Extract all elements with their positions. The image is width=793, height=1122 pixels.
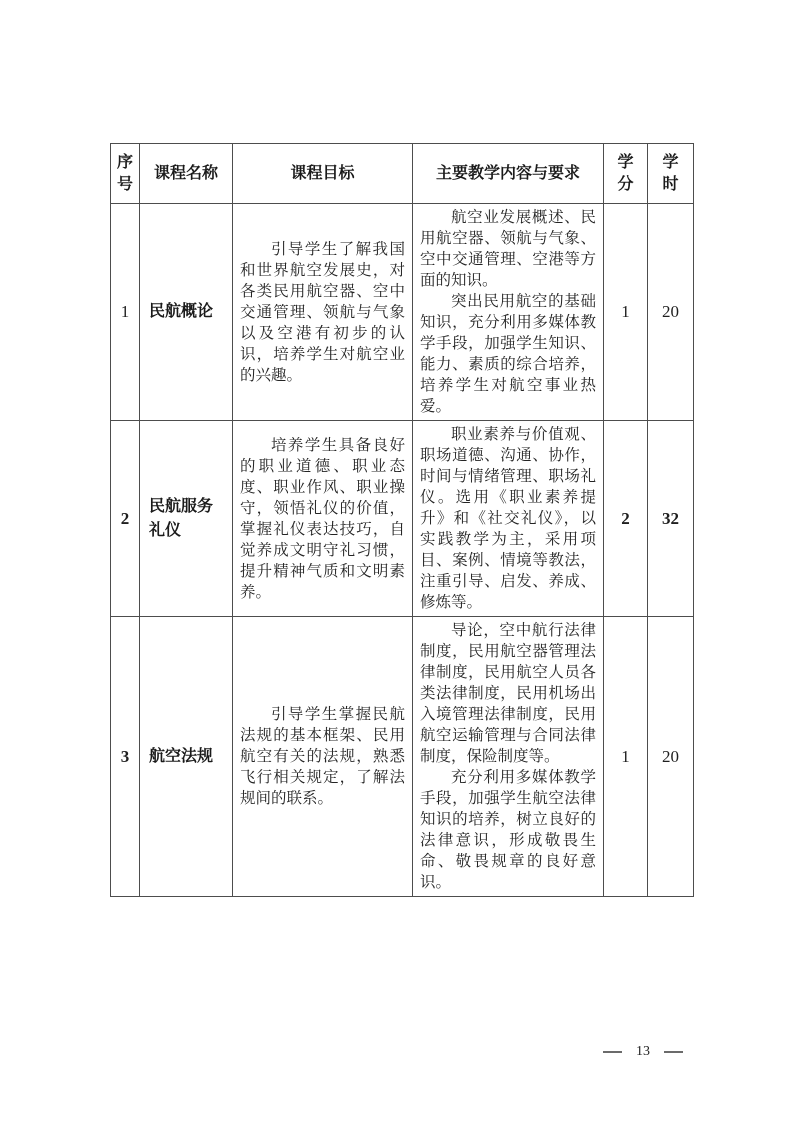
header-hours: 学 时	[648, 144, 694, 204]
document-page: 序 号 课程名称 课程目标 主要教学内容与要求 学 分 学 时 1 民航概论 引…	[0, 0, 793, 1122]
table-row: 3 航空法规 引导学生掌握民航法规的基本框架、民用航空有关的法规，熟悉飞行相关规…	[111, 617, 694, 897]
course-content-cell: 航空业发展概述、民用航空器、领航与气象、空中交通管理、空港等方面的知识。突出民用…	[413, 204, 604, 421]
course-objectives-cell: 引导学生掌握民航法规的基本框架、民用航空有关的法规，熟悉飞行相关规定，了解法规间…	[233, 617, 413, 897]
header-index: 序 号	[111, 144, 140, 204]
course-credits-cell: 2	[604, 421, 648, 617]
content-paragraph: 航空业发展概述、民用航空器、领航与气象、空中交通管理、空港等方面的知识。	[420, 207, 596, 291]
course-name-cell: 民航概论	[140, 204, 233, 421]
page-number: 13	[636, 1044, 650, 1060]
course-name-cell: 航空法规	[140, 617, 233, 897]
table-body: 1 民航概论 引导学生了解我国和世界航空发展史，对各类民用航空器、空中交通管理、…	[111, 204, 694, 897]
table-row: 2 民航服务礼仪 培养学生具备良好的职业道德、职业态度、职业作风、职业操守，领悟…	[111, 421, 694, 617]
table-header: 序 号 课程名称 课程目标 主要教学内容与要求 学 分 学 时	[111, 144, 694, 204]
page-footer: 13	[603, 1044, 683, 1060]
header-row: 序 号 课程名称 课程目标 主要教学内容与要求 学 分 学 时	[111, 144, 694, 204]
row-index-cell: 1	[111, 204, 140, 421]
header-course-name: 课程名称	[140, 144, 233, 204]
course-credits-cell: 1	[604, 204, 648, 421]
table-row: 1 民航概论 引导学生了解我国和世界航空发展史，对各类民用航空器、空中交通管理、…	[111, 204, 694, 421]
content-paragraph: 充分利用多媒体教学手段，加强学生航空法律知识的培养，树立良好的法律意识，形成敬畏…	[420, 767, 596, 893]
footer-right-dash	[664, 1051, 683, 1053]
objective-paragraph: 培养学生具备良好的职业道德、职业态度、职业作风、职业操守，领悟礼仪的价值，掌握礼…	[240, 435, 405, 603]
course-hours-cell: 20	[648, 204, 694, 421]
course-hours-cell: 20	[648, 617, 694, 897]
content-paragraph: 导论，空中航行法律制度，民用航空器管理法律制度，民用航空人员各类法律制度，民用机…	[420, 620, 596, 767]
header-objectives: 课程目标	[233, 144, 413, 204]
course-name-cell: 民航服务礼仪	[140, 421, 233, 617]
row-index-cell: 2	[111, 421, 140, 617]
content-paragraph: 突出民用航空的基础知识，充分利用多媒体教学手段，加强学生知识、能力、素质的综合培…	[420, 291, 596, 417]
content-paragraph: 职业素养与价值观、职场道德、沟通、协作，时间与情绪管理、职场礼仪。选用《职业素养…	[420, 424, 596, 613]
course-hours-cell: 32	[648, 421, 694, 617]
course-objectives-cell: 引导学生了解我国和世界航空发展史，对各类民用航空器、空中交通管理、领航与气象以及…	[233, 204, 413, 421]
course-credits-cell: 1	[604, 617, 648, 897]
course-objectives-cell: 培养学生具备良好的职业道德、职业态度、职业作风、职业操守，领悟礼仪的价值，掌握礼…	[233, 421, 413, 617]
header-credits: 学 分	[604, 144, 648, 204]
course-content-cell: 职业素养与价值观、职场道德、沟通、协作，时间与情绪管理、职场礼仪。选用《职业素养…	[413, 421, 604, 617]
footer-left-dash	[603, 1051, 622, 1053]
header-content: 主要教学内容与要求	[413, 144, 604, 204]
objective-paragraph: 引导学生了解我国和世界航空发展史，对各类民用航空器、空中交通管理、领航与气象以及…	[240, 239, 405, 386]
row-index-cell: 3	[111, 617, 140, 897]
course-content-cell: 导论，空中航行法律制度，民用航空器管理法律制度，民用航空人员各类法律制度，民用机…	[413, 617, 604, 897]
objective-paragraph: 引导学生掌握民航法规的基本框架、民用航空有关的法规，熟悉飞行相关规定，了解法规间…	[240, 704, 405, 809]
course-table: 序 号 课程名称 课程目标 主要教学内容与要求 学 分 学 时 1 民航概论 引…	[110, 143, 694, 897]
